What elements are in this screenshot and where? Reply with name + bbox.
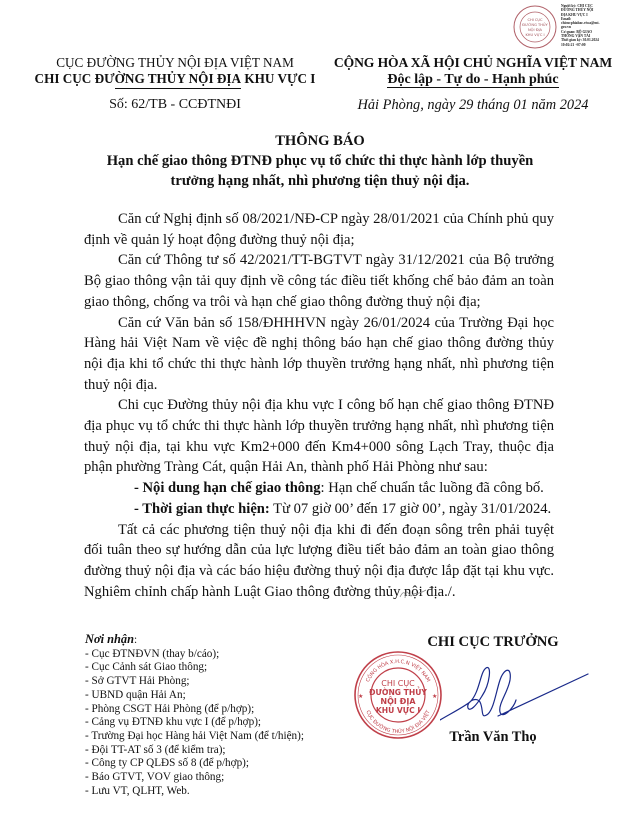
recipients-heading: Nơi nhận [85, 632, 134, 646]
digital-seal-icon: CHI CỤC ĐƯỜNG THỦY NỘI ĐỊA KHU VỰC I [512, 4, 558, 50]
motto-text: Độc lập - Tự do - Hạnh phúc [387, 72, 558, 88]
closing-paragraph: Tất cả các phương tiện thuỷ nội địa khi … [84, 520, 554, 603]
recipient-item: - Phòng CSGT Hải Phòng (để p/hợp); [85, 703, 355, 717]
agency-name-prefix: CHI CỤC ĐƯ [35, 71, 115, 86]
signer-name: Trần Văn Thọ [408, 729, 578, 746]
agency-name-underlined: ỜNG THỦY NỘI ĐỊA [115, 71, 241, 87]
recipient-item: - Báo GTVT, VOV giao thông; [85, 771, 355, 785]
recipient-item: - Đội TT-AT số 3 (để kiểm tra); [85, 744, 355, 758]
svg-text:ĐƯỜNG THỦY: ĐƯỜNG THỦY [369, 687, 427, 697]
recipient-item: - Cảng vụ ĐTNĐ khu vực I (để p/hợp); [85, 716, 355, 730]
restriction-content-item: - Nội dung hạn chế giao thông: Hạn chế c… [84, 478, 554, 499]
handwritten-signature-icon [440, 662, 590, 728]
recipient-item: - Cục ĐTNĐVN (thay b/cáo); [85, 648, 355, 662]
bullet-text: : Hạn chế chuẩn tắc luồng đã công bố. [321, 480, 544, 496]
bullet-text: Từ 07 giờ 00’ đến 17 giờ 00’, ngày 31/01… [270, 501, 551, 517]
svg-text:★: ★ [358, 693, 363, 700]
body-paragraph: Căn cứ Văn bản số 158/ĐHHHVN ngày 26/01/… [84, 313, 554, 396]
parent-agency: CỤC ĐƯỜNG THỦY NỘI ĐỊA VIỆT NAM [30, 55, 320, 71]
recipient-item: - Lưu VT, QLHT, Web. [85, 785, 355, 799]
recipient-item: - UBND quận Hải An; [85, 689, 355, 703]
svg-text:NỘI ĐỊA: NỘI ĐỊA [380, 696, 416, 706]
dsig-line: 10:02:21 +07:00 [561, 43, 617, 47]
recipients-block: Nơi nhận: - Cục ĐTNĐVN (thay b/cáo); - C… [85, 633, 355, 798]
document-number: Số: 62/TB - CCĐTNĐI [30, 96, 320, 114]
bullet-label: - Nội dung hạn chế giao thông [134, 480, 321, 496]
document-body: Căn cứ Nghị định số 08/2021/NĐ-CP ngày 2… [84, 209, 554, 602]
document-title: THÔNG BÁO [0, 132, 619, 150]
bullet-label: - Thời gian thực hiện: [134, 501, 270, 517]
place-and-date: Hải Phòng, ngày 29 tháng 01 năm 2024 [327, 96, 619, 114]
svg-text:CHI CỤC: CHI CỤC [381, 679, 415, 688]
body-paragraph: Căn cứ Nghị định số 08/2021/NĐ-CP ngày 2… [84, 209, 554, 250]
agency-name: CHI CỤC ĐƯỜNG THỦY NỘI ĐỊA KHU VỰC I [30, 71, 320, 87]
svg-text:KHU VỰC I: KHU VỰC I [376, 706, 420, 715]
national-title-block: CỘNG HÒA XÃ HỘI CHỦ NGHĨA VIỆT NAM Độc l… [327, 55, 619, 114]
digital-signature-info: Người ký: CHI CỤC ĐƯỜNG THỦY NỘI ĐỊA KHU… [561, 4, 617, 47]
issuing-agency-block: CỤC ĐƯỜNG THỦY NỘI ĐỊA VIỆT NAM CHI CỤC … [30, 55, 320, 114]
svg-text:KHU VỰC I: KHU VỰC I [525, 33, 544, 37]
svg-text:CHI CỤC: CHI CỤC [527, 18, 543, 22]
document-subtitle: Hạn chế giao thông ĐTNĐ phục vụ tổ chức … [90, 151, 550, 191]
recipient-item: - Công ty CP QLĐS số 8 (để p/hợp); [85, 757, 355, 771]
recipient-item: - Sở GTVT Hải Phòng; [85, 675, 355, 689]
country-name: CỘNG HÒA XÃ HỘI CHỦ NGHĨA VIỆT NAM [327, 55, 619, 71]
agency-name-suffix: KHU VỰC I [241, 71, 315, 86]
recipients-colon: : [134, 634, 137, 646]
recipient-item: - Trường Đại học Hàng hải Việt Nam (để t… [85, 730, 355, 744]
recipient-item: - Cục Cảnh sát Giao thông; [85, 661, 355, 675]
svg-text:NỘI ĐỊA: NỘI ĐỊA [528, 27, 543, 32]
body-paragraph: Căn cứ Thông tư số 42/2021/TT-BGTVT ngày… [84, 250, 554, 312]
svg-text:★: ★ [432, 693, 437, 700]
restriction-time-item: - Thời gian thực hiện: Từ 07 giờ 00’ đến… [84, 499, 554, 520]
official-seal-icon: CỘNG HÒA X.H.C.N VIỆT NAM CỤC ĐƯỜNG THỦY… [352, 649, 444, 741]
svg-text:ĐƯỜNG THỦY: ĐƯỜNG THỦY [522, 22, 548, 27]
national-motto: Độc lập - Tự do - Hạnh phúc [327, 71, 619, 88]
body-paragraph: Chi cục Đường thủy nội địa khu vực I côn… [84, 395, 554, 478]
initials-mark-icon [398, 587, 428, 603]
